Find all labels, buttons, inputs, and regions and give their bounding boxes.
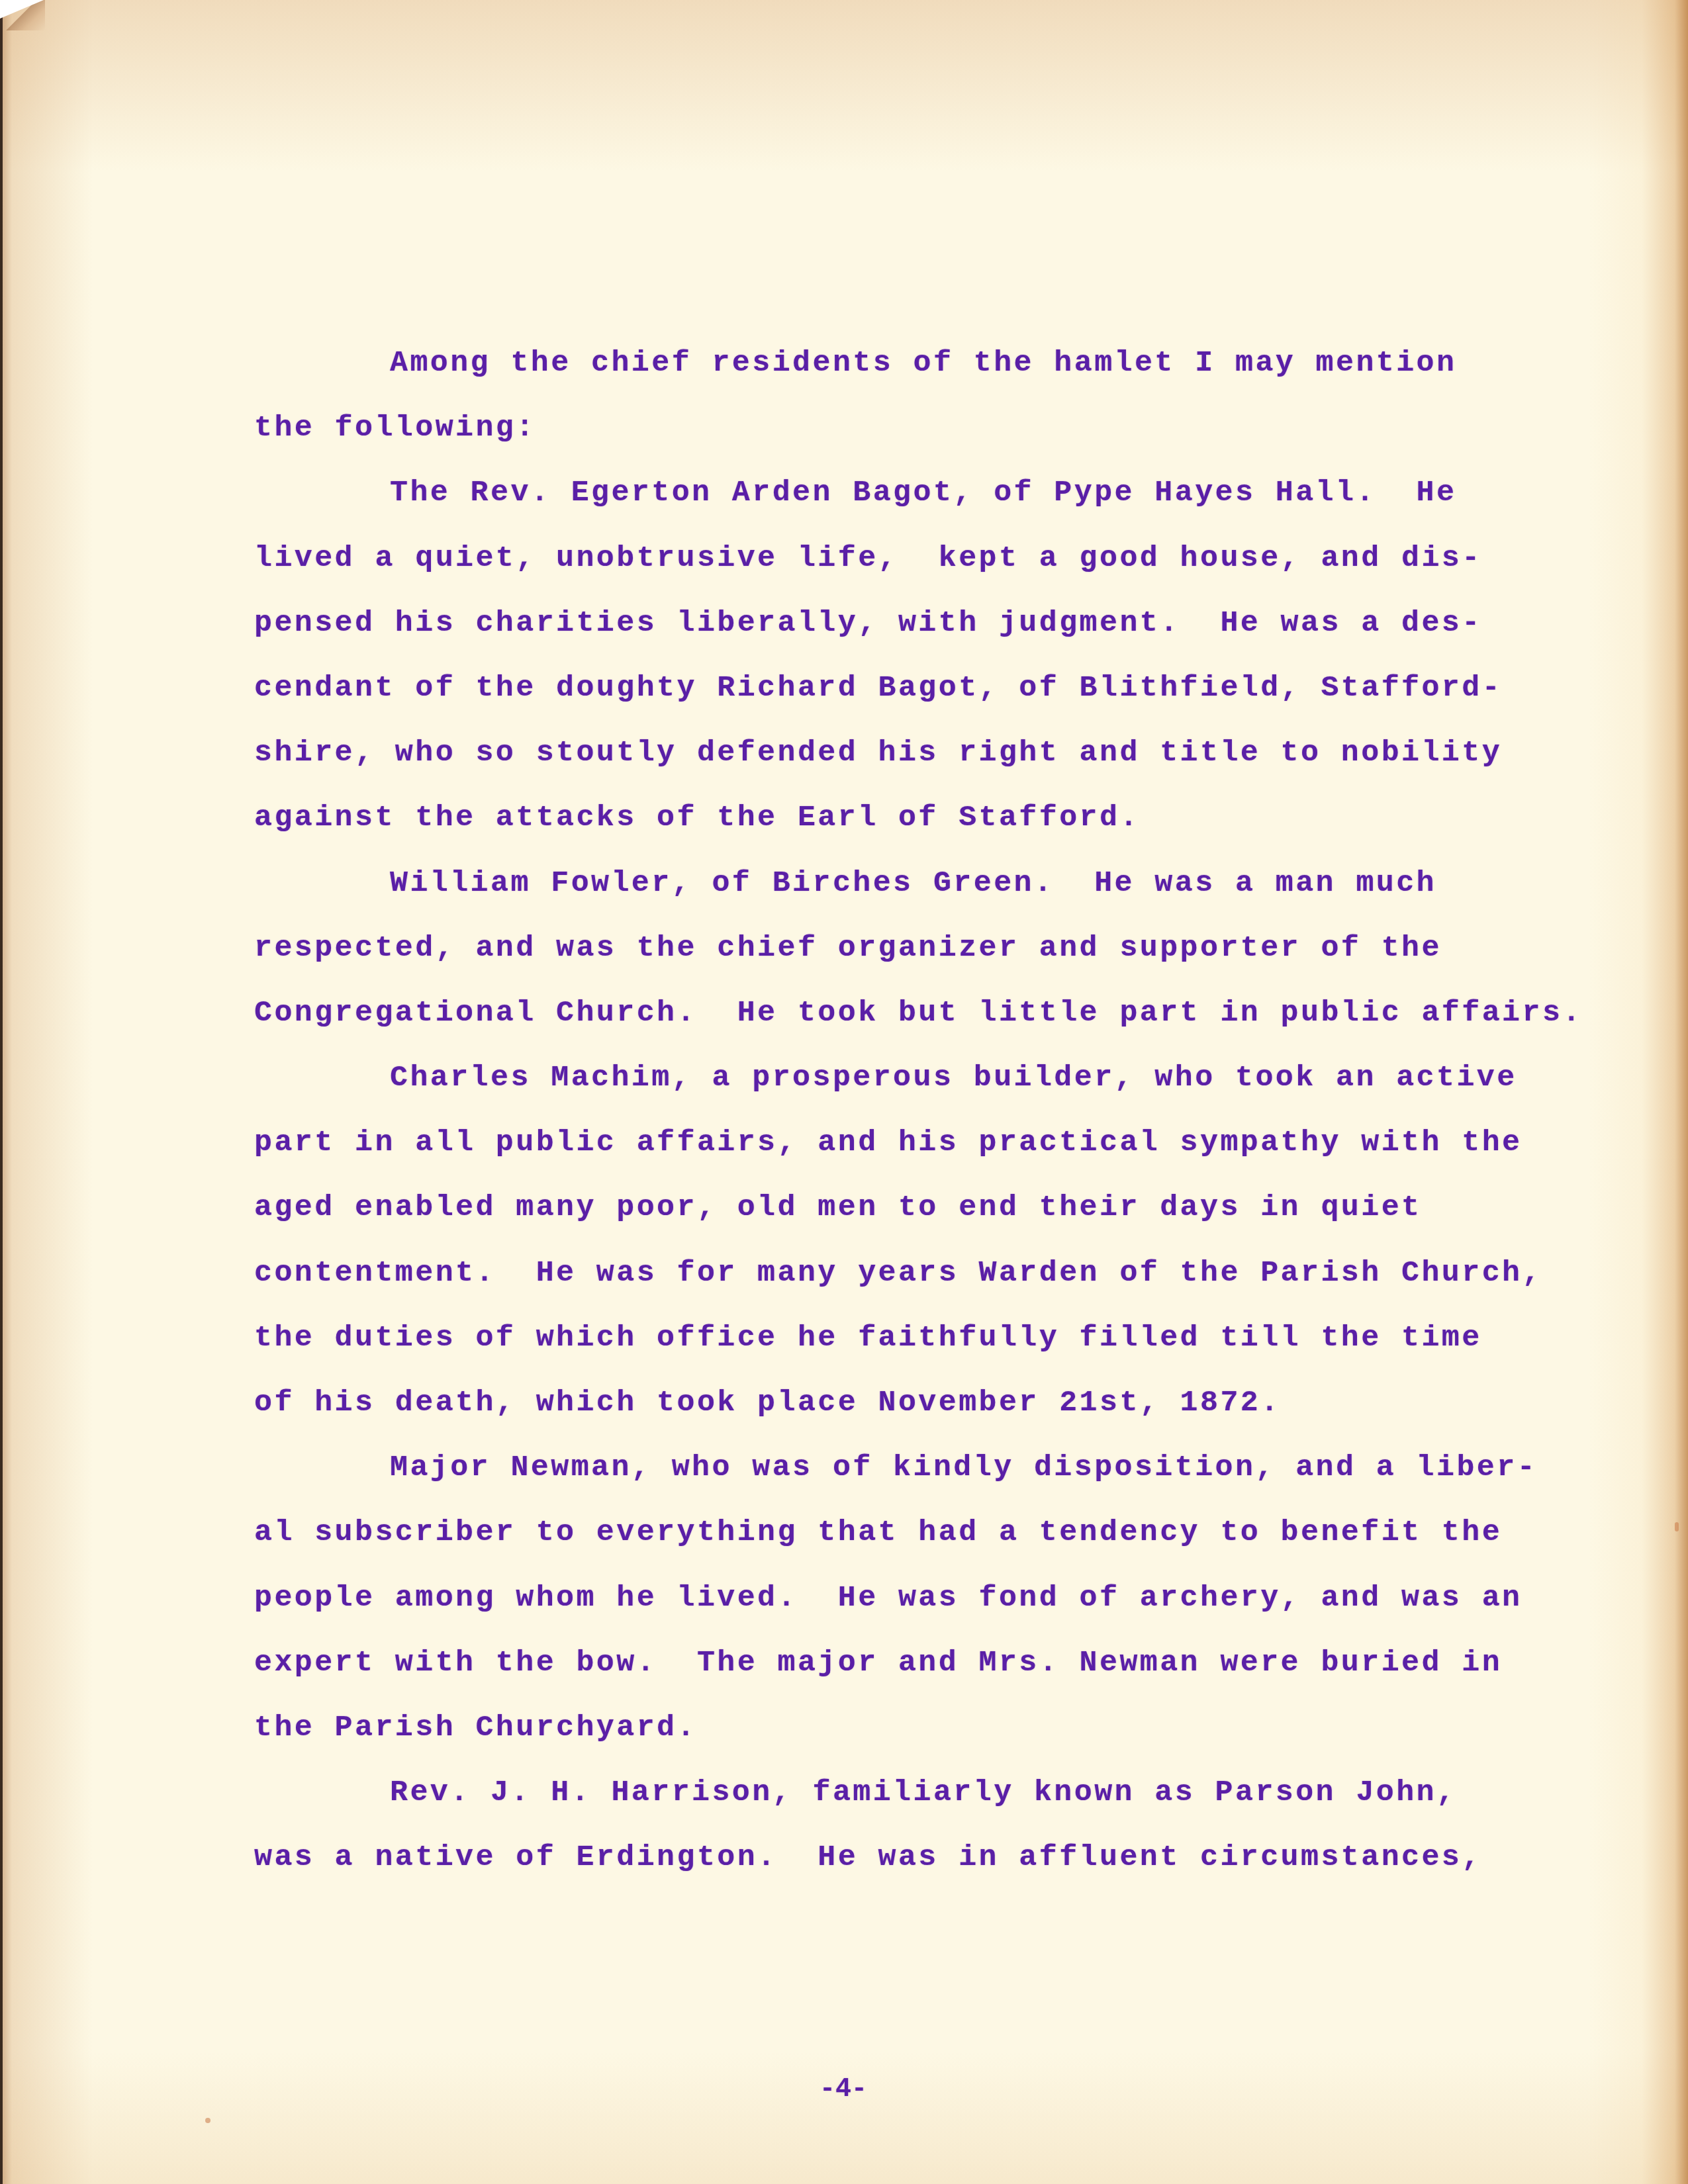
text-line: Congregational Church. He took but littl… — [254, 981, 1545, 1046]
folded-corner — [0, 0, 44, 19]
paper-speck — [205, 2118, 211, 2123]
text-line: the duties of which office he faithfully… — [254, 1306, 1545, 1371]
text-line: Rev. J. H. Harrison, familiarly known as… — [254, 1760, 1545, 1825]
paragraph-intro: Among the chief residents of the hamlet … — [254, 331, 1545, 461]
text-line: Charles Machim, a prosperous builder, wh… — [254, 1046, 1545, 1111]
text-line: cendant of the doughty Richard Bagot, of… — [254, 656, 1545, 721]
paragraph-machim: Charles Machim, a prosperous builder, wh… — [254, 1046, 1545, 1435]
text-line: people among whom he lived. He was fond … — [254, 1566, 1545, 1631]
text-line: pensed his charities liberally, with jud… — [254, 591, 1545, 656]
text-line: part in all public affairs, and his prac… — [254, 1111, 1545, 1175]
text-line: al subscriber to everything that had a t… — [254, 1500, 1545, 1565]
page-left-edge — [0, 13, 3, 2184]
paragraph-bagot: The Rev. Egerton Arden Bagot, of Pype Ha… — [254, 461, 1545, 850]
paragraph-newman: Major Newman, who was of kindly disposit… — [254, 1435, 1545, 1760]
text-line: William Fowler, of Birches Green. He was… — [254, 851, 1545, 916]
text-line: lived a quiet, unobtrusive life, kept a … — [254, 526, 1545, 591]
paper-speck — [1675, 1522, 1679, 1531]
paper-page: Among the chief residents of the hamlet … — [0, 0, 1688, 2184]
text-line: against the attacks of the Earl of Staff… — [254, 786, 1545, 850]
text-line: the Parish Churchyard. — [254, 1696, 1545, 1760]
text-line: Major Newman, who was of kindly disposit… — [254, 1435, 1545, 1500]
text-line: shire, who so stoutly defended his right… — [254, 721, 1545, 786]
text-line: was a native of Erdington. He was in aff… — [254, 1825, 1545, 1890]
paragraph-fowler: William Fowler, of Birches Green. He was… — [254, 851, 1545, 1046]
text-line: Among the chief residents of the hamlet … — [254, 331, 1545, 396]
text-line: the following: — [254, 396, 1545, 461]
text-line: aged enabled many poor, old men to end t… — [254, 1175, 1545, 1240]
text-line: respected, and was the chief organizer a… — [254, 916, 1545, 981]
page-number: -4- — [820, 2075, 867, 2105]
text-line: The Rev. Egerton Arden Bagot, of Pype Ha… — [254, 461, 1545, 525]
text-line: of his death, which took place November … — [254, 1371, 1545, 1435]
typewritten-body: Among the chief residents of the hamlet … — [254, 331, 1545, 1891]
text-line: expert with the bow. The major and Mrs. … — [254, 1631, 1545, 1696]
text-line: contentment. He was for many years Warde… — [254, 1241, 1545, 1306]
paragraph-harrison: Rev. J. H. Harrison, familiarly known as… — [254, 1760, 1545, 1890]
